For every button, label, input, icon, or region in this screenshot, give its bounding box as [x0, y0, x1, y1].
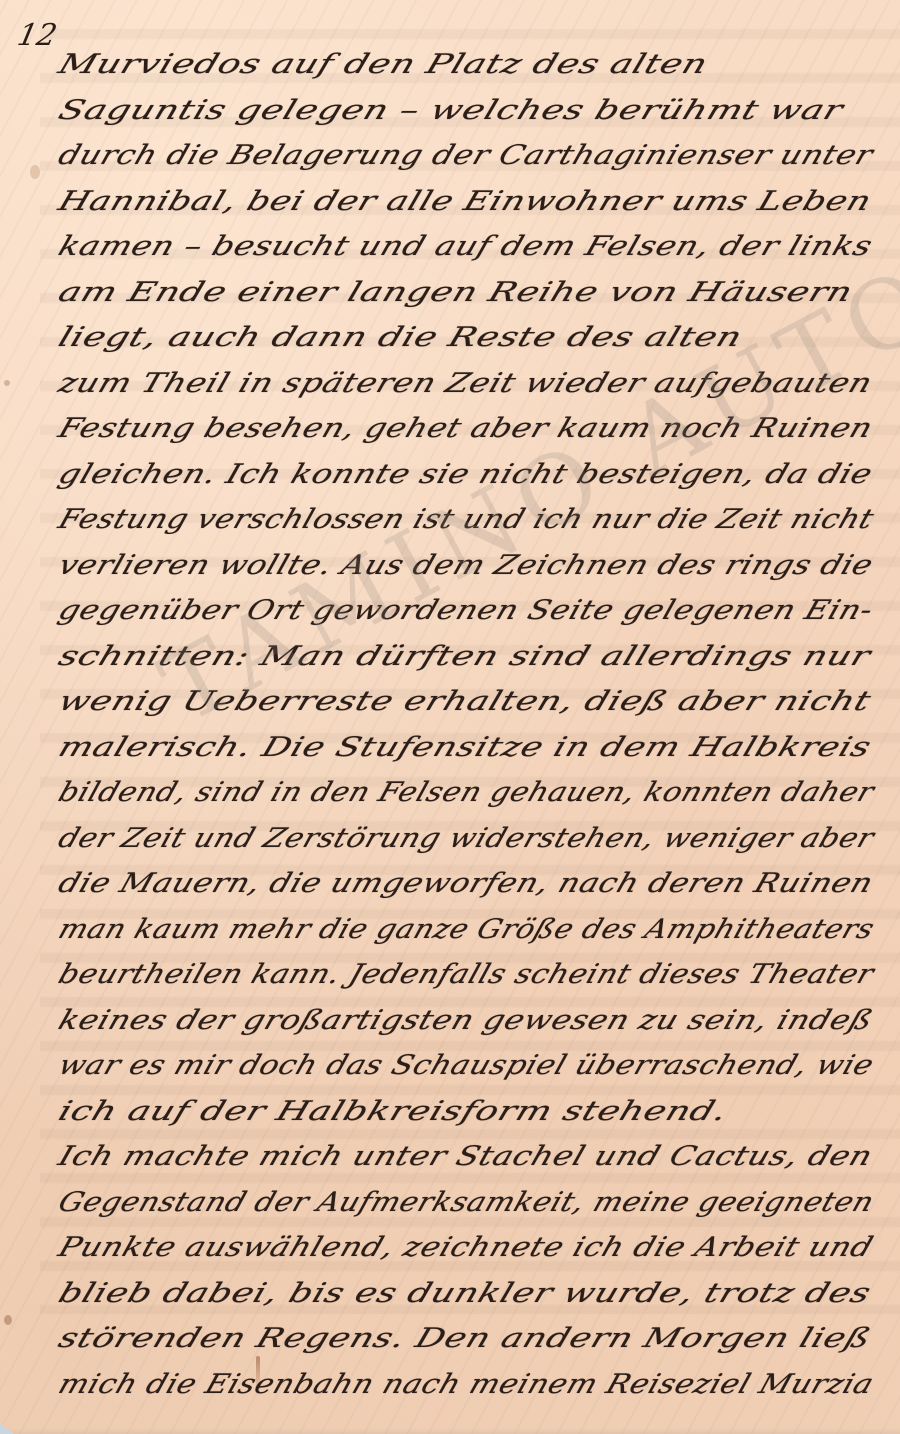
text-line: war es mir doch das Schauspiel überrasch… — [52, 1043, 899, 1089]
text-line: verlieren wollte. Aus dem Zeichnen des r… — [52, 543, 899, 589]
ink-stain — [4, 1315, 12, 1325]
text-line: Saguntis gelegen – welches berühmt war — [52, 88, 899, 134]
handwritten-text-block: Murviedos auf den Platz des alten Sagunt… — [52, 42, 884, 1407]
text-line: Ich machte mich unter Stachel und Cactus… — [52, 1134, 899, 1180]
page-corner — [0, 1424, 14, 1434]
text-line: Gegenstand der Aufmerksamkeit, meine gee… — [52, 1180, 899, 1226]
foxing-stain — [4, 380, 10, 386]
text-line: bildend, sind in den Felsen gehauen, kon… — [52, 770, 899, 816]
text-line: die Mauern, die umgeworfen, nach deren R… — [52, 861, 899, 907]
text-line: kamen – besucht und auf dem Felsen, der … — [52, 224, 899, 270]
text-line: Festung verschlossen ist und ich nur die… — [52, 497, 899, 543]
text-line: wenig Ueberreste erhalten, dieß aber nic… — [52, 679, 899, 725]
text-line: Festung besehen, gehet aber kaum noch Ru… — [52, 406, 899, 452]
foxing-stain — [30, 165, 40, 179]
text-line: am Ende einer langen Reihe von Häusern — [52, 270, 899, 316]
text-line: schnitten: Man dürften sind allerdings n… — [52, 634, 899, 680]
text-line: keines der großartigsten gewesen zu sein… — [52, 998, 899, 1044]
letter-page: 12 Murviedos auf den Platz des alten Sag… — [0, 0, 900, 1434]
text-line: Punkte auswählend, zeichnete ich die Arb… — [52, 1225, 899, 1271]
text-line: blieb dabei, bis es dunkler wurde, trotz… — [52, 1271, 899, 1317]
text-line: gleichen. Ich konnte sie nicht besteigen… — [52, 452, 899, 498]
text-line: zum Theil in späteren Zeit wieder aufgeb… — [52, 361, 899, 407]
text-line: Murviedos auf den Platz des alten — [52, 42, 899, 88]
text-line: malerisch. Die Stufensitze in dem Halbkr… — [52, 725, 899, 771]
text-line: gegenüber Ort gewordenen Seite gelegenen… — [52, 588, 899, 634]
text-line: man kaum mehr die ganze Größe des Amphit… — [52, 907, 899, 953]
page-bottom-edge — [0, 1428, 900, 1434]
text-line: der Zeit und Zerstörung widerstehen, wen… — [52, 816, 899, 862]
text-line: Hannibal, bei der alle Einwohner ums Leb… — [52, 179, 899, 225]
text-line: ich auf der Halbkreisform stehend. — [52, 1089, 899, 1135]
text-line: mich die Eisenbahn nach meinem Reiseziel… — [52, 1362, 899, 1408]
text-line: liegt, auch dann die Reste des alten — [52, 315, 899, 361]
text-line: störenden Regens. Den andern Morgen ließ — [52, 1316, 899, 1362]
text-line: durch die Belagerung der Carthaginienser… — [52, 133, 899, 179]
text-line: beurtheilen kann. Jedenfalls scheint die… — [52, 952, 899, 998]
